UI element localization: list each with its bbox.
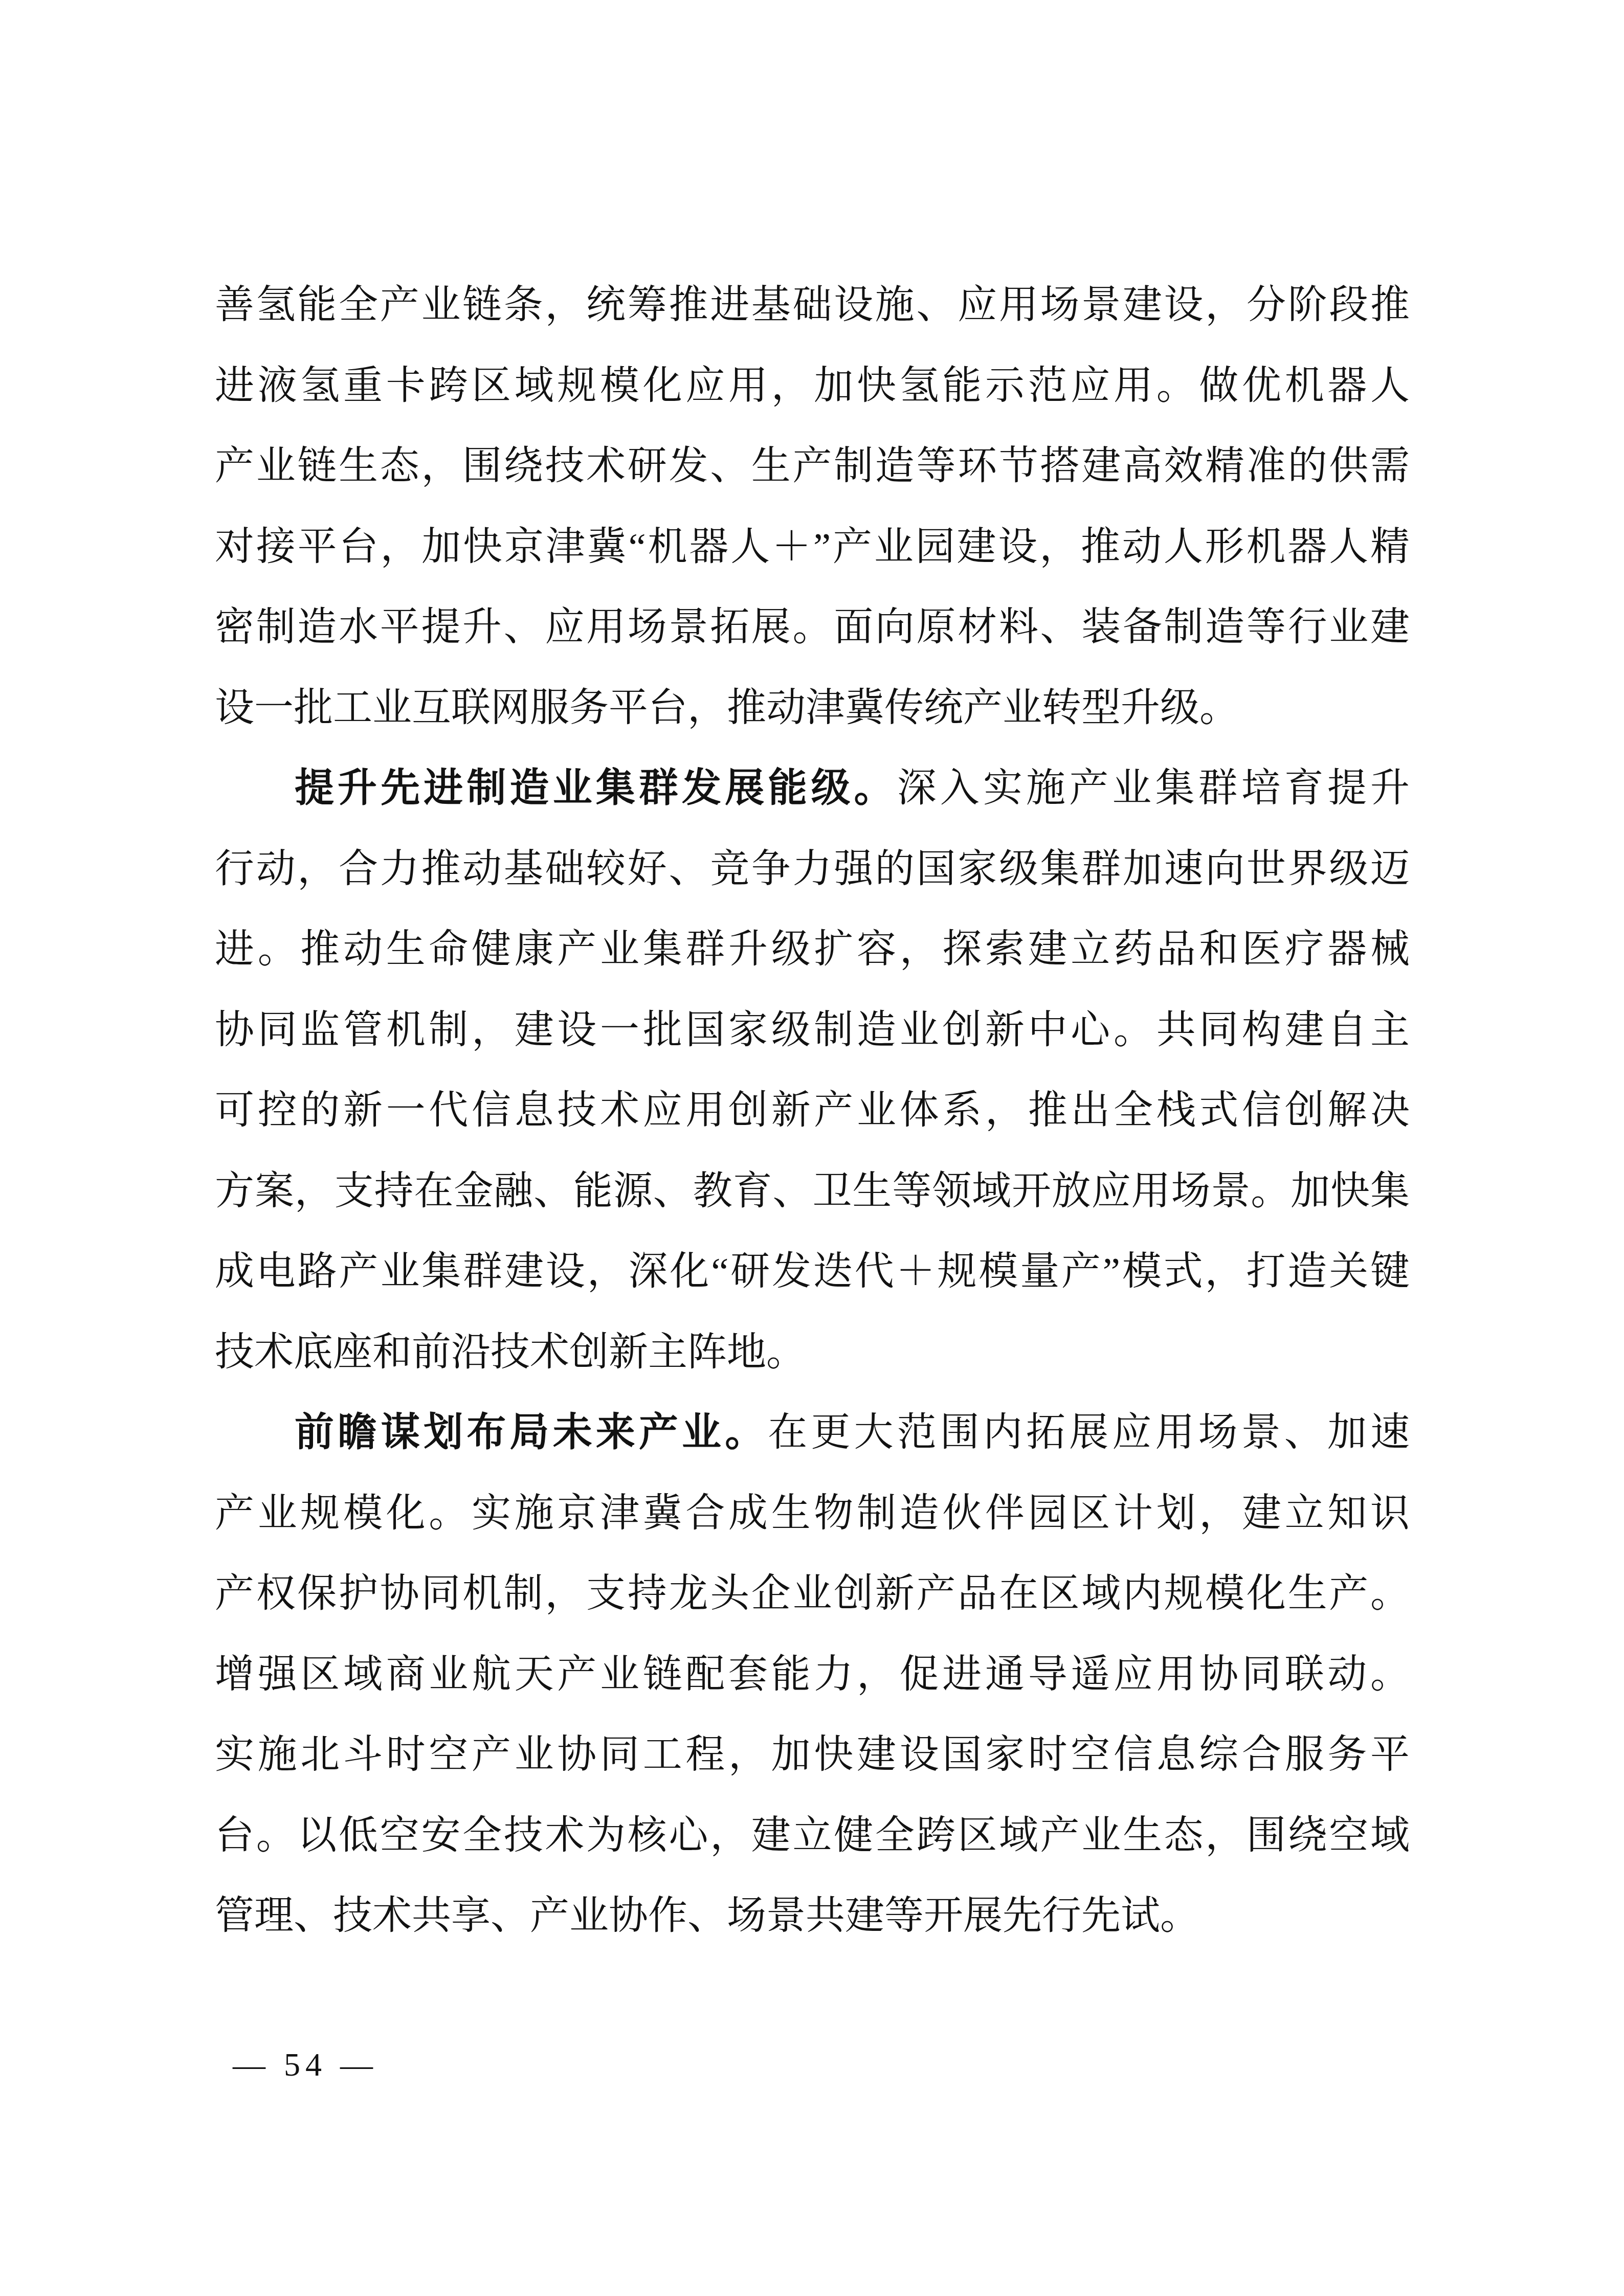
line-text: 设一批工业互联网服务平台，推动津冀传统产业转型升级。: [215, 686, 1239, 730]
text-line: 成电路产业集群建设，深化“研发迭代＋规模量产”模式，打造关键: [215, 1231, 1410, 1312]
text-line: 方案，支持在金融、能源、教育、卫生等领域开放应用场景。加快集: [215, 1151, 1410, 1232]
line-text: 进。推动生命健康产业集群升级扩容，探索建立药品和医疗器械: [215, 927, 1410, 971]
paragraph: 善氢能全产业链条，统筹推进基础设施、应用场景建设，分阶段推进液氢重卡跨区域规模化…: [215, 265, 1410, 748]
bold-lead-phrase: 提升先进制造业集群发展能级。: [295, 766, 897, 810]
text-line: 台。以低空安全技术为核心，建立健全跨区域产业生态，围绕空域: [215, 1795, 1410, 1876]
text-line: 可控的新一代信息技术应用创新产业体系，推出全栈式信创解决: [215, 1070, 1410, 1151]
line-text: 产权保护协同机制，支持龙头企业创新产品在区域内规模化生产。: [215, 1571, 1410, 1615]
line-text: 善氢能全产业链条，统筹推进基础设施、应用场景建设，分阶段推: [215, 283, 1410, 327]
line-text: 台。以低空安全技术为核心，建立健全跨区域产业生态，围绕空域: [215, 1813, 1410, 1857]
text-line: 产业链生态，围绕技术研发、生产制造等环节搭建高效精准的供需: [215, 426, 1410, 507]
line-text: 可控的新一代信息技术应用创新产业体系，推出全栈式信创解决: [215, 1088, 1410, 1132]
line-text: 方案，支持在金融、能源、教育、卫生等领域开放应用场景。加快集: [215, 1169, 1410, 1213]
line-text: 成电路产业集群建设，深化“研发迭代＋规模量产”模式，打造关键: [215, 1249, 1410, 1293]
line-text: 进液氢重卡跨区域规模化应用，加快氢能示范应用。做优机器人: [215, 364, 1410, 408]
line-text: 实施北斗时空产业协同工程，加快建设国家时空信息综合服务平: [215, 1732, 1410, 1776]
line-text: 产业规模化。实施京津冀合成生物制造伙伴园区计划，建立知识: [215, 1491, 1410, 1535]
page-number: — 54 —: [233, 2046, 378, 2083]
text-block: 善氢能全产业链条，统筹推进基础设施、应用场景建设，分阶段推进液氢重卡跨区域规模化…: [215, 265, 1410, 1956]
text-line: 对接平台，加快京津冀“机器人＋”产业园建设，推动人形机器人精: [215, 507, 1410, 588]
text-line: 产权保护协同机制，支持龙头企业创新产品在区域内规模化生产。: [215, 1554, 1410, 1634]
text-line: 密制造水平提升、应用场景拓展。面向原材料、装备制造等行业建: [215, 587, 1410, 668]
text-line: 设一批工业互联网服务平台，推动津冀传统产业转型升级。: [215, 668, 1410, 749]
text-line: 管理、技术共享、产业协作、场景共建等开展先行先试。: [215, 1876, 1410, 1956]
bold-lead-phrase: 前瞻谋划布局未来产业。: [295, 1410, 768, 1454]
text-line: 提升先进制造业集群发展能级。深入实施产业集群培育提升: [215, 748, 1410, 829]
line-text: 对接平台，加快京津冀“机器人＋”产业园建设，推动人形机器人精: [215, 525, 1410, 569]
text-line: 进液氢重卡跨区域规模化应用，加快氢能示范应用。做优机器人: [215, 346, 1410, 426]
text-line: 技术底座和前沿技术创新主阵地。: [215, 1312, 1410, 1393]
line-text: 深入实施产业集群培育提升: [897, 766, 1410, 810]
paragraph: 前瞻谋划布局未来产业。在更大范围内拓展应用场景、加速产业规模化。实施京津冀合成生…: [215, 1392, 1410, 1956]
text-line: 善氢能全产业链条，统筹推进基础设施、应用场景建设，分阶段推: [215, 265, 1410, 346]
paragraph: 提升先进制造业集群发展能级。深入实施产业集群培育提升行动，合力推动基础较好、竞争…: [215, 748, 1410, 1392]
text-line: 行动，合力推动基础较好、竞争力强的国家级集群加速向世界级迈: [215, 829, 1410, 910]
text-line: 实施北斗时空产业协同工程，加快建设国家时空信息综合服务平: [215, 1715, 1410, 1795]
text-line: 产业规模化。实施京津冀合成生物制造伙伴园区计划，建立知识: [215, 1473, 1410, 1554]
text-line: 前瞻谋划布局未来产业。在更大范围内拓展应用场景、加速: [215, 1392, 1410, 1473]
text-line: 增强区域商业航天产业链配套能力，促进通导遥应用协同联动。: [215, 1634, 1410, 1715]
line-text: 协同监管机制，建设一批国家级制造业创新中心。共同构建自主: [215, 1008, 1410, 1052]
line-text: 技术底座和前沿技术创新主阵地。: [215, 1330, 806, 1374]
line-text: 管理、技术共享、产业协作、场景共建等开展先行先试。: [215, 1894, 1199, 1938]
line-text: 行动，合力推动基础较好、竞争力强的国家级集群加速向世界级迈: [215, 847, 1410, 891]
text-line: 协同监管机制，建设一批国家级制造业创新中心。共同构建自主: [215, 990, 1410, 1071]
line-text: 增强区域商业航天产业链配套能力，促进通导遥应用协同联动。: [215, 1652, 1410, 1696]
line-text: 在更大范围内拓展应用场景、加速: [768, 1410, 1410, 1454]
line-text: 密制造水平提升、应用场景拓展。面向原材料、装备制造等行业建: [215, 605, 1410, 649]
text-line: 进。推动生命健康产业集群升级扩容，探索建立药品和医疗器械: [215, 909, 1410, 990]
document-page: 善氢能全产业链条，统筹推进基础设施、应用场景建设，分阶段推进液氢重卡跨区域规模化…: [0, 0, 1624, 2296]
line-text: 产业链生态，围绕技术研发、生产制造等环节搭建高效精准的供需: [215, 444, 1410, 488]
